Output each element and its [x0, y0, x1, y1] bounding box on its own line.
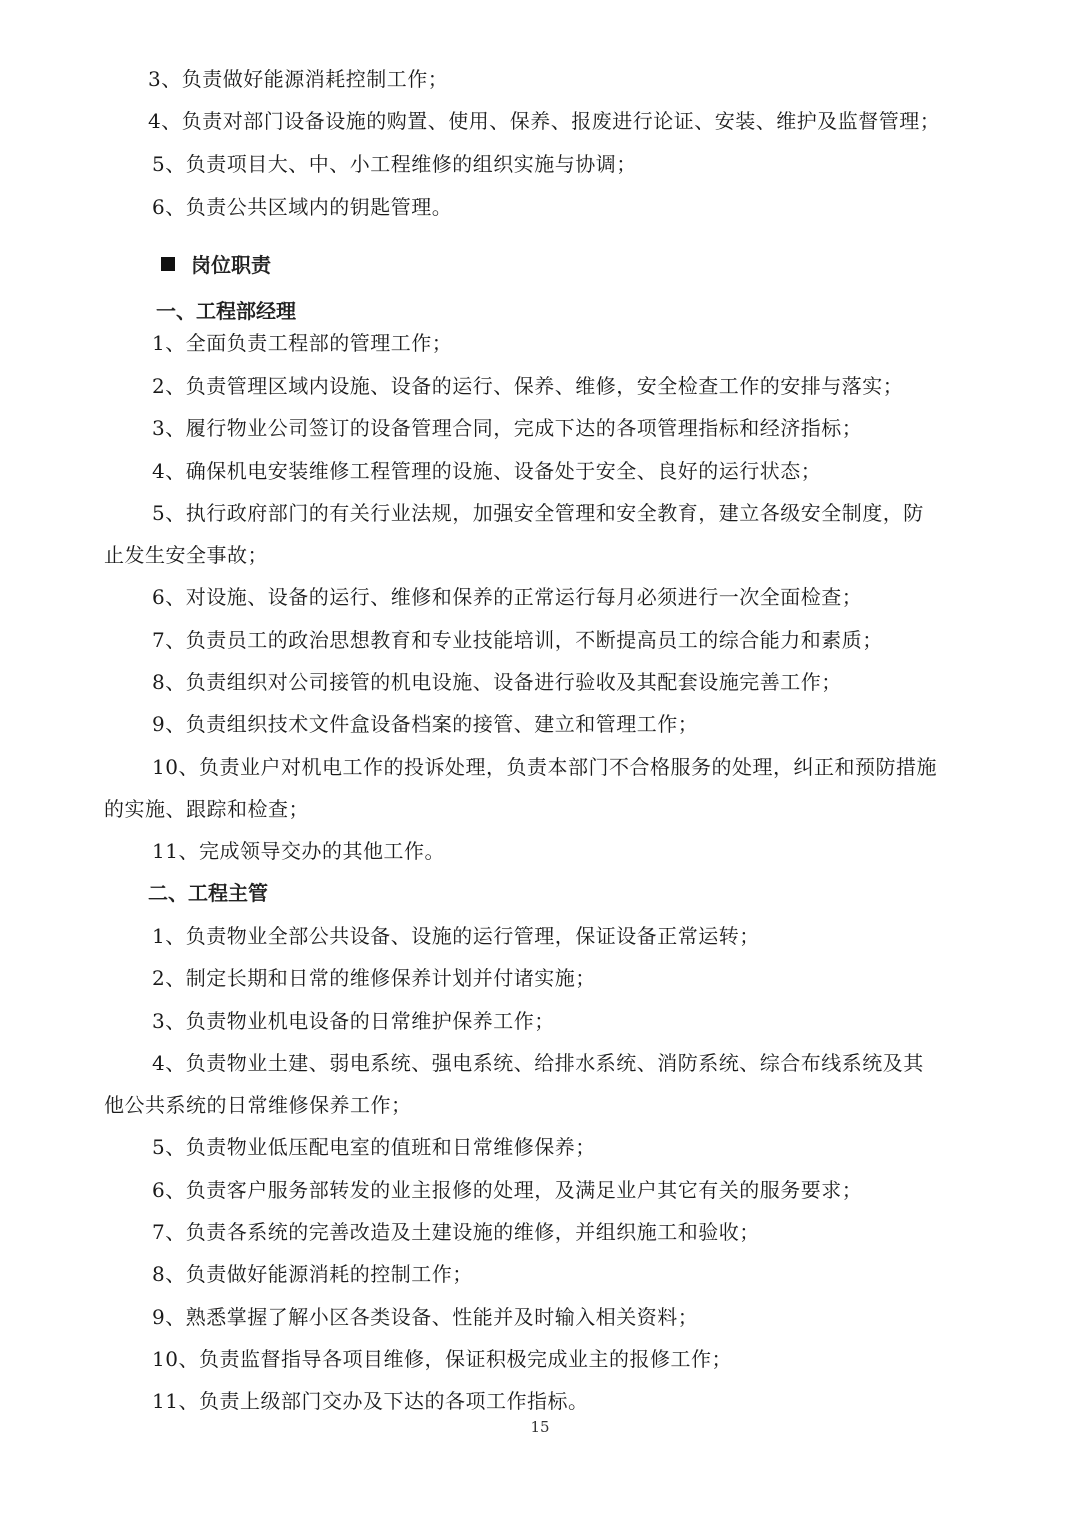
supervisor-item-6: 6、负责客户服务部转发的业主报修的处理，及满足业户其它有关的服务要求；: [152, 1178, 862, 1202]
supervisor-item-3: 3、负责物业机电设备的日常维护保养工作；: [152, 1009, 555, 1033]
supervisor-item-4: 4、负责物业土建、弱电系统、强电系统、给排水系统、消防系统、综合布线系统及其: [152, 1051, 924, 1075]
manager-item-11: 11、完成领导交办的其他工作。: [152, 839, 445, 863]
manager-item-6: 6、对设施、设备的运行、维修和保养的正常运行每月必须进行一次全面检查；: [152, 585, 862, 609]
manager-item-7: 7、负责员工的政治思想教育和专业技能培训，不断提高员工的综合能力和素质；: [152, 628, 883, 652]
top-item-5: 5、负责项目大、中、小工程维修的组织实施与协调；: [152, 152, 637, 176]
square-bullet-icon: [161, 257, 175, 271]
document-page: 3、负责做好能源消耗控制工作； 4、负责对部门设备设施的购置、使用、保养、报废进…: [0, 0, 1080, 1527]
manager-item-10: 10、负责业户对机电工作的投诉处理，负责本部门不合格服务的处理，纠正和预防措施: [152, 755, 937, 779]
supervisor-item-4-cont: 他公共系统的日常维修保养工作；: [104, 1093, 412, 1117]
supervisor-item-1: 1、负责物业全部公共设备、设施的运行管理，保证设备正常运转；: [152, 924, 760, 948]
manager-item-2: 2、负责管理区域内设施、设备的运行、保养、维修，安全检查工作的安排与落实；: [152, 374, 903, 398]
supervisor-item-7: 7、负责各系统的完善改造及土建设施的维修，并组织施工和验收；: [152, 1220, 760, 1244]
supervisor-item-9: 9、熟悉掌握了解小区各类设备、性能并及时输入相关资料；: [152, 1305, 698, 1329]
supervisor-item-5: 5、负责物业低压配电室的值班和日常维修保养；: [152, 1135, 596, 1159]
subsection-title-supervisor: 二、工程主管: [148, 881, 268, 905]
supervisor-item-10: 10、负责监督指导各项目维修，保证积极完成业主的报修工作；: [152, 1347, 732, 1371]
top-item-4: 4、负责对部门设备设施的购置、使用、保养、报废进行论证、安装、维护及监督管理；: [148, 109, 940, 133]
manager-item-4: 4、确保机电安装维修工程管理的设施、设备处于安全、良好的运行状态；: [152, 459, 821, 483]
manager-item-3: 3、履行物业公司签订的设备管理合同，完成下达的各项管理指标和经济指标；: [152, 416, 862, 440]
top-item-3: 3、负责做好能源消耗控制工作；: [148, 67, 448, 91]
manager-item-9: 9、负责组织技术文件盒设备档案的接管、建立和管理工作；: [152, 712, 698, 736]
top-item-6: 6、负责公共区域内的钥匙管理。: [152, 195, 452, 219]
section-heading-job-duties: 岗位职责: [191, 253, 271, 277]
manager-item-10-cont: 的实施、跟踪和检查；: [104, 797, 309, 821]
manager-item-1: 1、全面负责工程部的管理工作；: [152, 331, 452, 355]
supervisor-item-2: 2、制定长期和日常的维修保养计划并付诸实施；: [152, 966, 596, 990]
manager-item-8: 8、负责组织对公司接管的机电设施、设备进行验收及其配套设施完善工作；: [152, 670, 842, 694]
manager-item-5: 5、执行政府部门的有关行业法规，加强安全管理和安全教育，建立各级安全制度，防: [152, 501, 924, 525]
supervisor-item-11: 11、负责上级部门交办及下达的各项工作指标。: [152, 1389, 588, 1413]
subsection-title-manager: 一、工程部经理: [156, 299, 296, 323]
manager-item-5-cont: 止发生安全事故；: [104, 543, 268, 567]
supervisor-item-8: 8、负责做好能源消耗的控制工作；: [152, 1262, 473, 1286]
page-number: 15: [0, 1418, 1080, 1436]
